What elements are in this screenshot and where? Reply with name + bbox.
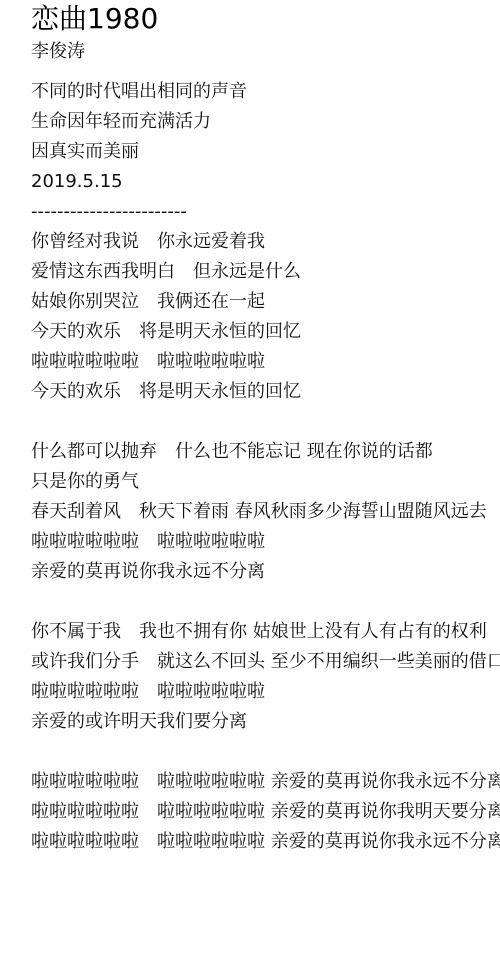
- lyric-line: 今天的欢乐 将是明天永恒的回忆: [31, 377, 500, 407]
- lyric-line: 啦啦啦啦啦啦 啦啦啦啦啦啦 亲爱的莫再说你我永远不分离: [31, 827, 500, 857]
- stanza-gap: [31, 407, 500, 437]
- lyric-line: 姑娘你别哭泣 我俩还在一起: [31, 287, 500, 317]
- lyrics-page: 恋曲1980 李俊涛 不同的时代唱出相同的声音 生命因年轻而充满活力 因真实而美…: [31, 0, 500, 857]
- lyric-line: 亲爱的或许明天我们要分离: [31, 707, 500, 737]
- date-line: 2019.5.15: [31, 167, 500, 197]
- song-title: 恋曲1980: [31, 0, 500, 37]
- lyric-line: 你曾经对我说 你永远爱着我: [31, 227, 500, 257]
- lyric-line: 啦啦啦啦啦啦 啦啦啦啦啦啦 亲爱的莫再说你我明天要分离: [31, 797, 500, 827]
- intro-line: 生命因年轻而充满活力: [31, 107, 500, 137]
- lyric-line: 啦啦啦啦啦啦 啦啦啦啦啦啦: [31, 347, 500, 377]
- lyric-line: 啦啦啦啦啦啦 啦啦啦啦啦啦: [31, 527, 500, 557]
- lyric-line: 或许我们分手 就这么不回头 至少不用编织一些美丽的借口: [31, 647, 500, 677]
- lyric-line: 你不属于我 我也不拥有你 姑娘世上没有人有占有的权利: [31, 617, 500, 647]
- lyric-line: 爱情这东西我明白 但永远是什么: [31, 257, 500, 287]
- lyric-line: 什么都可以抛弃 什么也不能忘记 现在你说的话都: [31, 437, 500, 467]
- lyric-line: 啦啦啦啦啦啦 啦啦啦啦啦啦 亲爱的莫再说你我永远不分离: [31, 767, 500, 797]
- intro-line: 因真实而美丽: [31, 137, 500, 167]
- lyric-line: 春天刮着风 秋天下着雨 春风秋雨多少海誓山盟随风远去: [31, 497, 500, 527]
- lyric-line: 只是你的勇气: [31, 467, 500, 497]
- stanza-gap: [31, 737, 500, 767]
- divider-line: ------------------------: [31, 197, 500, 227]
- lyric-line: 亲爱的莫再说你我永远不分离: [31, 557, 500, 587]
- lyric-line: 今天的欢乐 将是明天永恒的回忆: [31, 317, 500, 347]
- lyrics-body: 不同的时代唱出相同的声音 生命因年轻而充满活力 因真实而美丽 2019.5.15…: [31, 77, 500, 857]
- lyric-line: 啦啦啦啦啦啦 啦啦啦啦啦啦: [31, 677, 500, 707]
- song-artist: 李俊涛: [31, 37, 500, 67]
- stanza-gap: [31, 587, 500, 617]
- intro-line: 不同的时代唱出相同的声音: [31, 77, 500, 107]
